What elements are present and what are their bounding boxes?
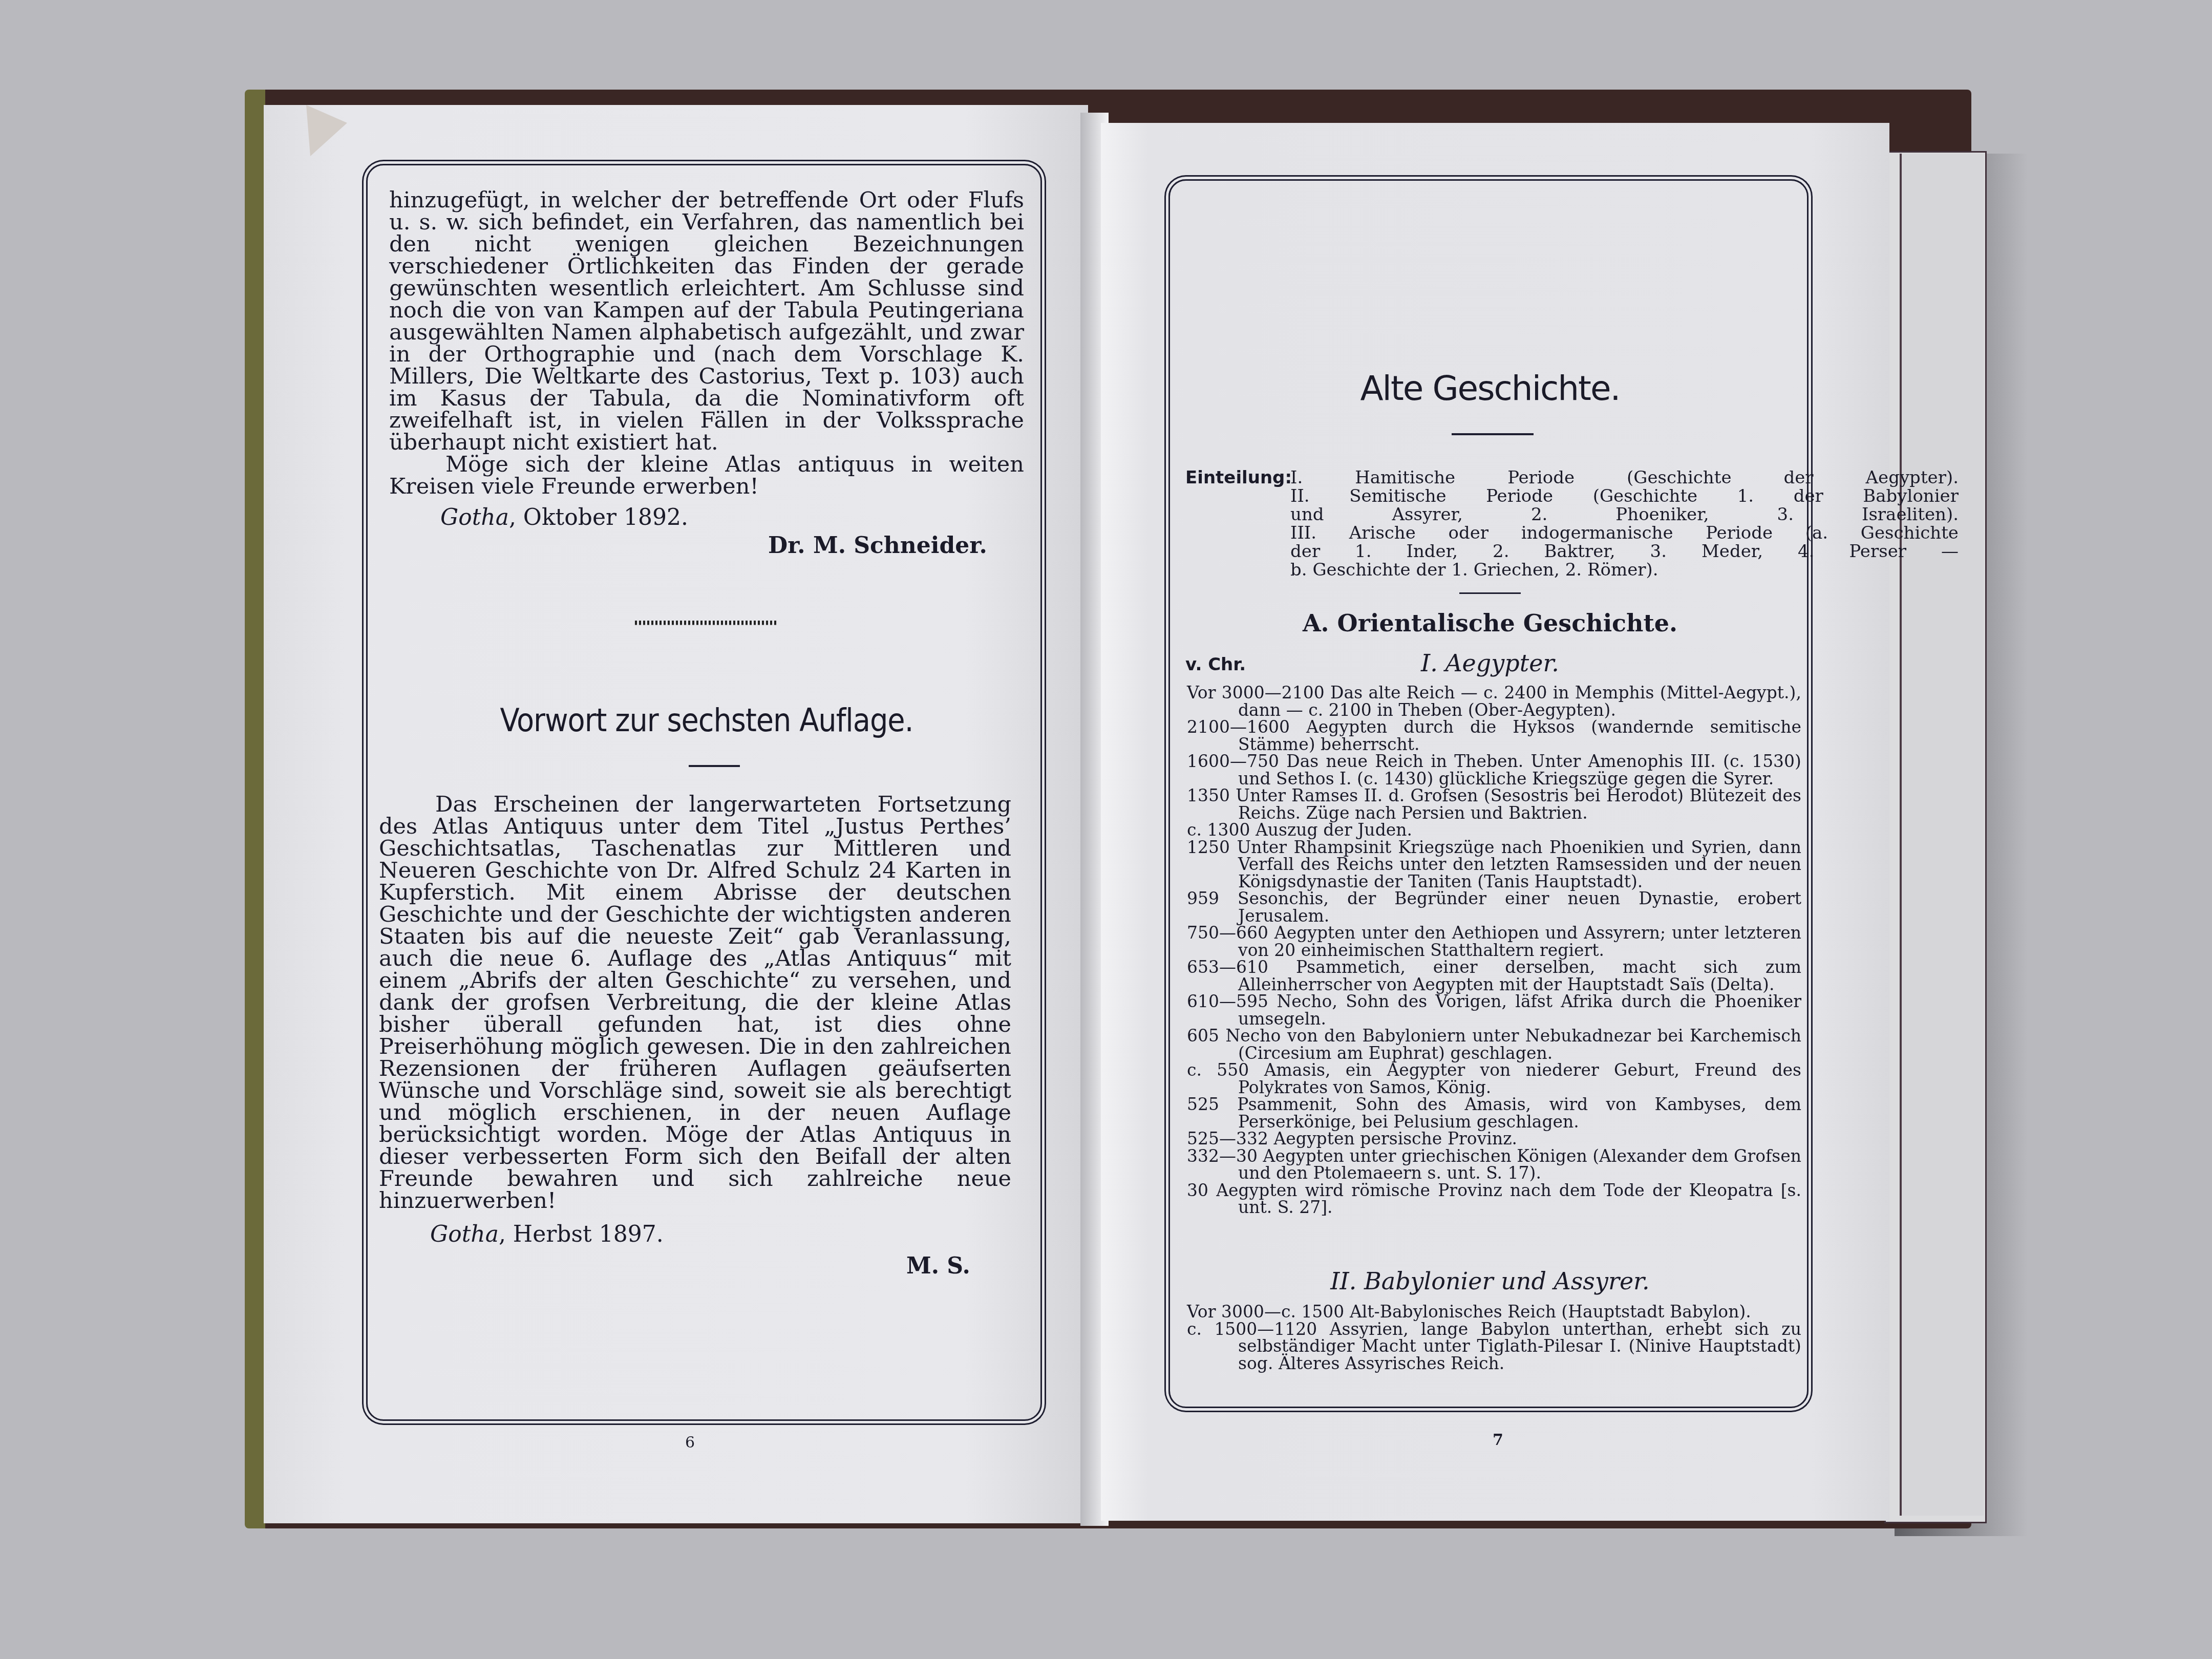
first-signature-place-date: Gotha, Oktober 1892. [440, 504, 688, 530]
alte-geschichte-title: Alte Geschichte. [1173, 369, 1807, 408]
einteilung-line: II. Semitische Periode (Geschichte 1. de… [1290, 487, 1959, 505]
timeline-entry: c. 1300 Auszug der Juden. [1187, 821, 1801, 839]
second-signature-author: M. S. [906, 1253, 970, 1279]
timeline-entry: 1350 Unter Ramses II. d. Grofsen (Sesost… [1187, 787, 1801, 821]
preface-paragraph-2: Möge sich der kleine Atlas antiquus in w… [389, 454, 1024, 498]
einteilung-line: und Assyrer, 2. Phoeniker, 3. Israeliten… [1290, 505, 1959, 524]
timeline-entry: 653—610 Psammetich, einer derselben, mac… [1187, 959, 1801, 993]
timeline-entry: 750—660 Aegypten unter den Aethiopen und… [1187, 924, 1801, 959]
einteilung-label: Einteilung: [1185, 469, 1292, 487]
heading-rule [689, 765, 740, 767]
first-signature-author: Dr. M. Schneider. [768, 533, 987, 559]
vorwort-paragraph: Das Erscheinen der langerwarteten Fortse… [379, 794, 1011, 1212]
preface-paragraph-1: hinzugefügt, in welcher der betreffende … [389, 189, 1024, 454]
timeline-entry: 610—595 Necho, Sohn des Vorigen, läfst A… [1187, 993, 1801, 1027]
timeline-entry: 605 Necho von den Babyloniern unter Nebu… [1187, 1027, 1801, 1061]
page-block-edge-inner [1900, 154, 1984, 1516]
timeline-entry: 1600—750 Das neue Reich in Theben. Unter… [1187, 753, 1801, 787]
subsection-heading-babylonier: II. Babylonier und Assyrer. [1173, 1267, 1807, 1295]
second-signature-place-date: Gotha, Herbst 1897. [430, 1221, 664, 1247]
timeline-entry: 525—332 Aegypten persische Provinz. [1187, 1130, 1801, 1147]
vorwort-body: Das Erscheinen der langerwarteten Fortse… [379, 794, 1011, 1212]
page-number-left: 6 [685, 1434, 695, 1452]
aegypter-entries: Vor 3000—2100 Das alte Reich — c. 2400 i… [1187, 684, 1801, 1216]
timeline-entry: 1250 Unter Rhampsinit Kriegszüge nach Ph… [1187, 839, 1801, 890]
orientalische-heading: A. Orientalische Geschichte. [1173, 609, 1807, 637]
timeline-entry: 332—30 Aegypten unter griechischen König… [1187, 1147, 1801, 1182]
page-number-right: 7 [1493, 1431, 1503, 1449]
einteilung-line: b. Geschichte der 1. Griechen, 2. Römer)… [1290, 561, 1959, 579]
timeline-entry: Vor 3000—c. 1500 Alt-Babylonisches Reich… [1187, 1303, 1801, 1321]
timeline-entry: 30 Aegypten wird römische Provinz nach d… [1187, 1182, 1801, 1216]
timeline-entry: 525 Psammenit, Sohn des Amasis, wird von… [1187, 1096, 1801, 1130]
timeline-entry: c. 1500—1120 Assyrien, lange Babylon unt… [1187, 1321, 1801, 1372]
timeline-entry: c. 550 Amasis, ein Aegypter von niederer… [1187, 1061, 1801, 1096]
cover-edge [245, 90, 265, 1528]
title-rule [1452, 433, 1534, 435]
timeline-entry: 959 Sesonchis, der Begründer einer neuen… [1187, 890, 1801, 924]
timeline-entry: Vor 3000—2100 Das alte Reich — c. 2400 i… [1187, 684, 1801, 718]
section-rule [1459, 592, 1521, 594]
einteilung-line: III. Arische oder indogermanische Period… [1290, 524, 1959, 542]
subsection-heading-aegypter: I. Aegypter. [1173, 649, 1807, 677]
einteilung-line: I. Hamitische Periode (Geschichte der Ae… [1290, 469, 1959, 487]
vorwort-heading: Vorwort zur sechsten Auflage. [358, 701, 1055, 739]
preface-continuation: hinzugefügt, in welcher der betreffende … [389, 189, 1024, 498]
babylonier-entries: Vor 3000—c. 1500 Alt-Babylonisches Reich… [1187, 1303, 1801, 1372]
einteilung-line: der 1. Inder, 2. Baktrer, 3. Meder, 4. P… [1290, 542, 1959, 561]
timeline-entry: 2100—1600 Aegypten durch die Hyksos (wan… [1187, 718, 1801, 753]
